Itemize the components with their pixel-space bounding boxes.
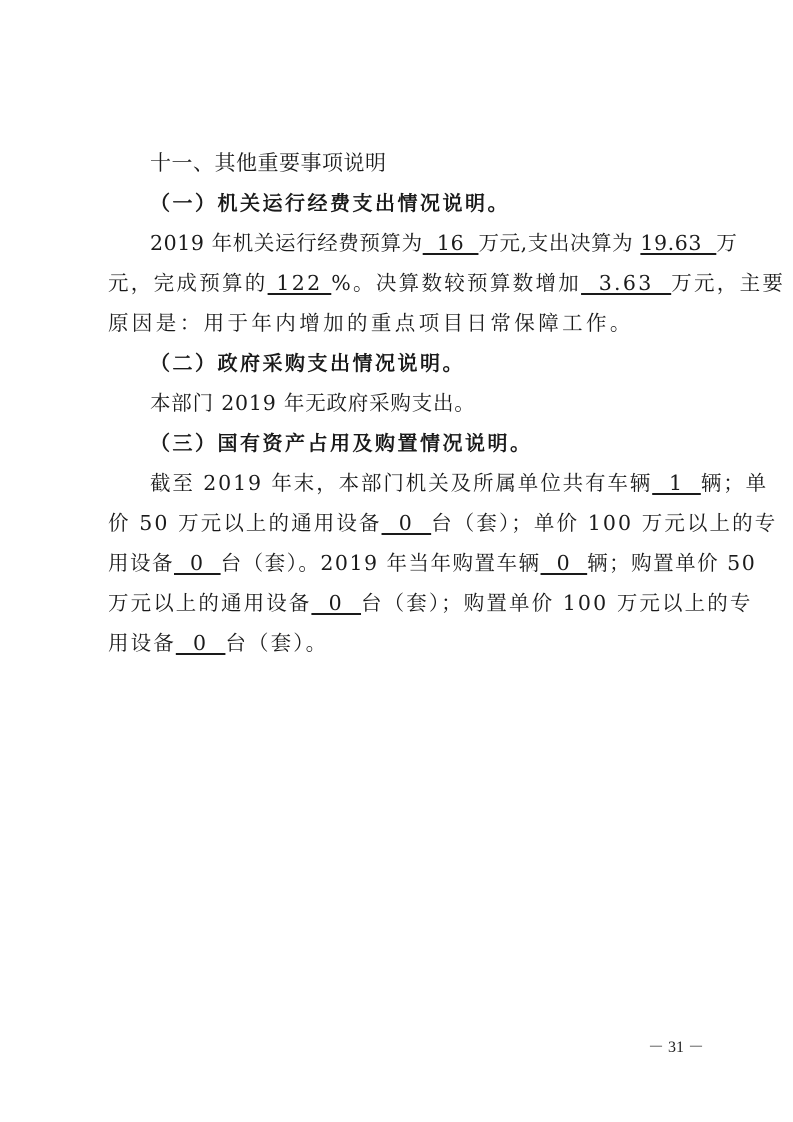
section-title: 十一、其他重要事项说明 <box>108 143 693 183</box>
text: 万元,支出决算为 <box>478 231 640 255</box>
actual-value: 19.63 <box>640 231 716 255</box>
text: 辆；单 <box>701 471 768 495</box>
increase-value: 3.63 <box>581 271 671 295</box>
vehicle-count: 1 <box>652 471 701 495</box>
text: 用设备 <box>108 631 176 655</box>
paragraph-line: 原因是：用于年内增加的重点项目日常保障工作。 <box>108 303 693 343</box>
subsection-heading-3: （三）国有资产占用及购置情况说明。 <box>108 423 693 463</box>
text: 用设备 <box>108 551 174 575</box>
page-number: － 31 － <box>648 1034 704 1057</box>
paragraph-line: 用设备 0 台（套）。 <box>108 623 693 663</box>
text: 元，完成预算的 <box>108 271 268 295</box>
text: 价 50 万元以上的通用设备 <box>108 511 382 535</box>
paragraph-line: 元，完成预算的 122 %。决算数较预算数增加 3.63 万元，主要 <box>108 263 693 303</box>
subsection-heading-2: （二）政府采购支出情况说明。 <box>108 343 693 383</box>
paragraph-line: 本部门 2019 年无政府采购支出。 <box>108 383 693 423</box>
text: 辆；购置单价 50 <box>587 551 756 575</box>
text: 台（套）。 <box>225 631 328 655</box>
paragraph-line: 价 50 万元以上的通用设备 0 台（套）；单价 100 万元以上的专 <box>108 503 693 543</box>
paragraph-line: 2019 年机关运行经费预算为 16 万元,支出决算为 19.63 万 <box>108 223 693 263</box>
text: 台（套）。2019 年当年购置车辆 <box>221 551 541 575</box>
text: %。决算数较预算数增加 <box>331 271 581 295</box>
text: 截至 2019 年末，本部门机关及所属单位共有车辆 <box>150 471 652 495</box>
subsection-heading-1: （一）机关运行经费支出情况说明。 <box>108 183 693 223</box>
text: 万元以上的通用设备 <box>108 591 311 615</box>
general-equipment-count: 0 <box>382 511 432 535</box>
special-equipment-count: 0 <box>174 551 221 575</box>
text: 台（套）；单价 100 万元以上的专 <box>431 511 777 535</box>
text: 万 <box>716 231 737 255</box>
text: 台（套）；购置单价 100 万元以上的专 <box>361 591 752 615</box>
paragraph-line: 万元以上的通用设备 0 台（套）；购置单价 100 万元以上的专 <box>108 583 693 623</box>
budget-value: 16 <box>423 231 479 255</box>
document-body: 十一、其他重要事项说明 （一）机关运行经费支出情况说明。 2019 年机关运行经… <box>108 143 693 663</box>
paragraph-line: 用设备 0 台（套）。2019 年当年购置车辆 0 辆；购置单价 50 <box>108 543 693 583</box>
special-equipment-purchased: 0 <box>176 631 226 655</box>
general-equipment-purchased: 0 <box>311 591 361 615</box>
vehicles-purchased: 0 <box>541 551 588 575</box>
text: 万元，主要 <box>671 271 785 295</box>
text: 2019 年机关运行经费预算为 <box>150 231 423 255</box>
paragraph-line: 截至 2019 年末，本部门机关及所属单位共有车辆 1 辆；单 <box>108 463 693 503</box>
completion-percent: 122 <box>268 271 332 295</box>
